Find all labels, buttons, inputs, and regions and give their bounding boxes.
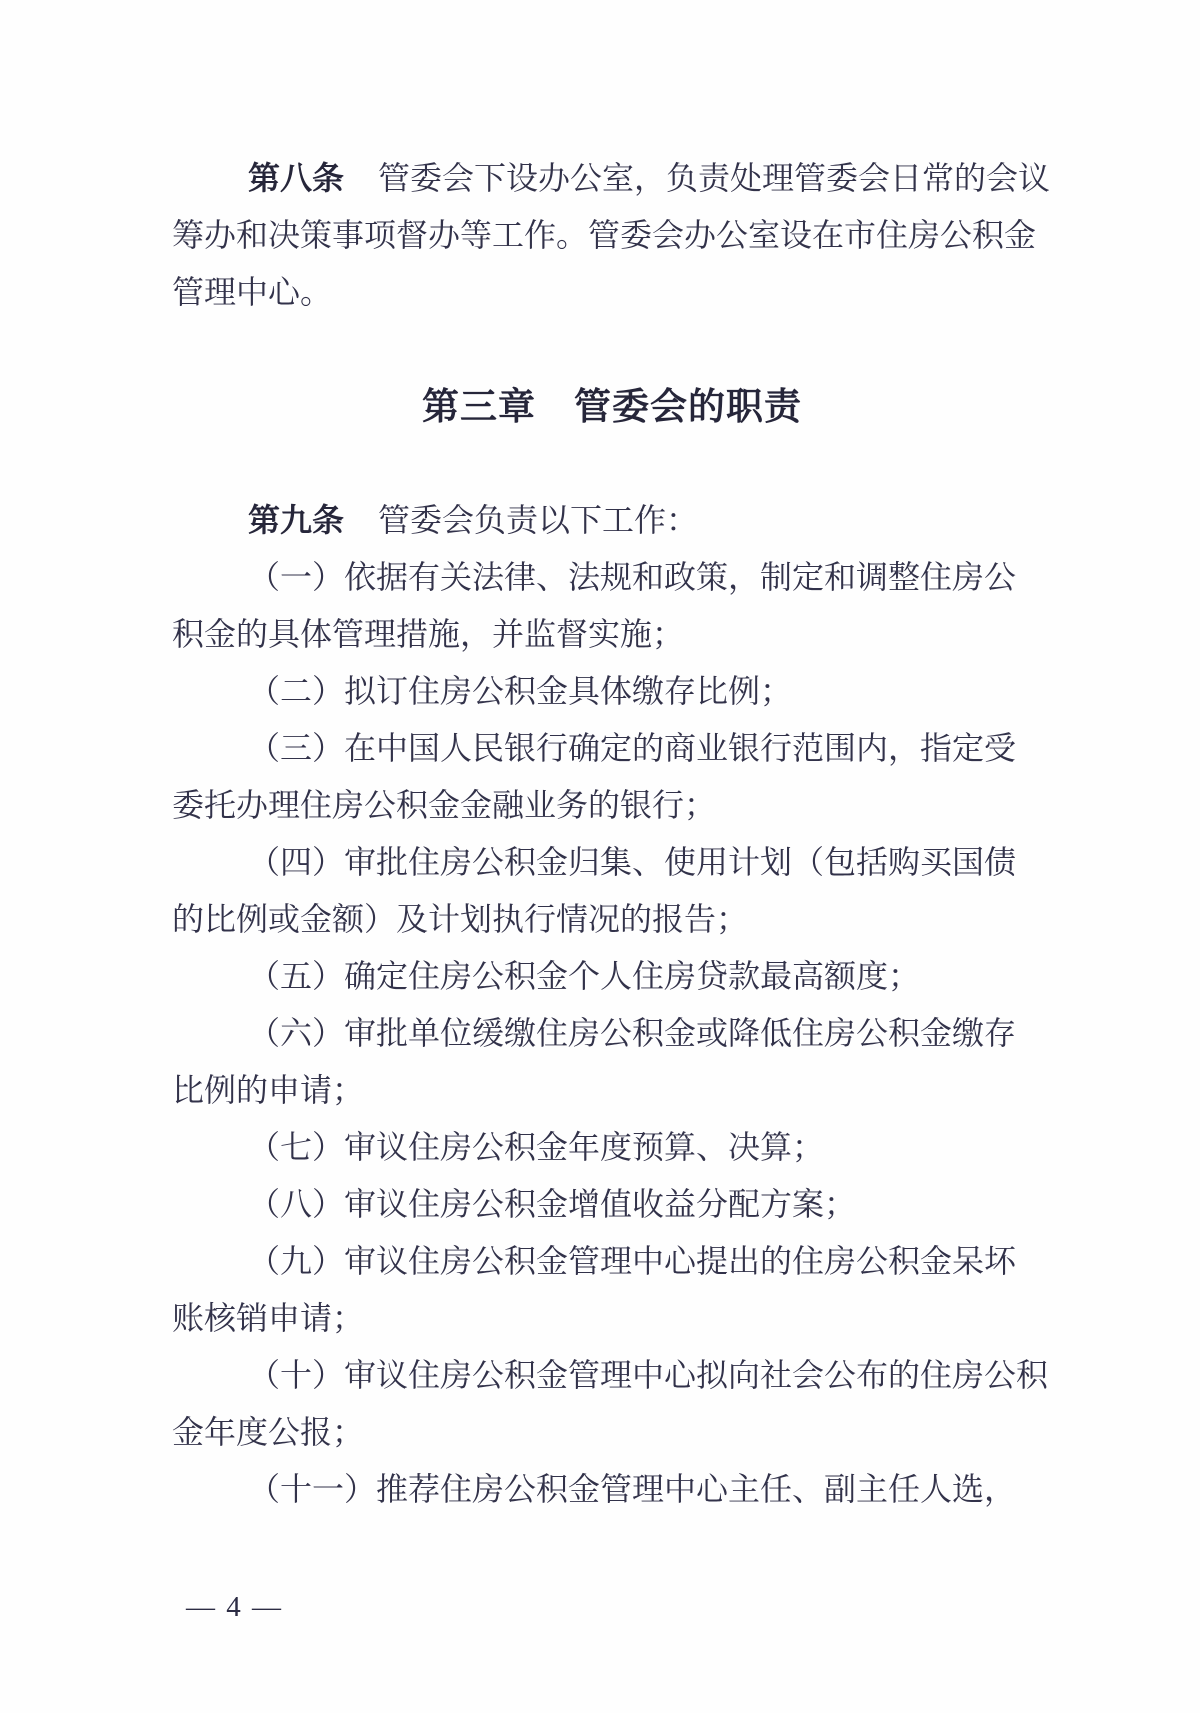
list-item-line: （十）审议住房公积金管理中心拟向社会公布的住房公积 — [172, 1347, 1052, 1404]
article-text: 管委会负责以下工作： — [378, 502, 698, 538]
continuation-line: 委托办理住房公积金金融业务的银行； — [172, 777, 1052, 834]
document-page: 第八条管委会下设办公室，负责处理管委会日常的会议筹办和决策事项督办等工作。管委会… — [0, 0, 1200, 1713]
continuation-line: 比例的申请； — [172, 1062, 1052, 1119]
page-number: — 4 — — [186, 1591, 283, 1624]
continuation-line: 筹办和决策事项督办等工作。管委会办公室设在市住房公积金 — [172, 207, 1052, 264]
article-text: 管委会下设办公室，负责处理管委会日常的会议 — [378, 160, 1050, 196]
document-body: 第八条管委会下设办公室，负责处理管委会日常的会议筹办和决策事项督办等工作。管委会… — [172, 150, 1052, 1518]
article-first-line: 第八条管委会下设办公室，负责处理管委会日常的会议 — [172, 150, 1052, 207]
article-number: 第九条 — [248, 502, 344, 538]
continuation-line: 积金的具体管理措施，并监督实施； — [172, 606, 1052, 663]
list-item-line: （二）拟订住房公积金具体缴存比例； — [172, 663, 1052, 720]
continuation-line: 管理中心。 — [172, 264, 1052, 321]
list-item-line: （五）确定住房公积金个人住房贷款最高额度； — [172, 948, 1052, 1005]
article-first-line: 第九条管委会负责以下工作： — [172, 492, 1052, 549]
continuation-line: 的比例或金额）及计划执行情况的报告； — [172, 891, 1052, 948]
chapter-heading: 第三章 管委会的职责 — [172, 378, 1052, 435]
list-item-line: （六）审批单位缓缴住房公积金或降低住房公积金缴存 — [172, 1005, 1052, 1062]
list-item-line: （八）审议住房公积金增值收益分配方案； — [172, 1176, 1052, 1233]
list-item-line: （九）审议住房公积金管理中心提出的住房公积金呆坏 — [172, 1233, 1052, 1290]
article-number: 第八条 — [248, 160, 344, 196]
continuation-line: 金年度公报； — [172, 1404, 1052, 1461]
list-item-line: （三）在中国人民银行确定的商业银行范围内，指定受 — [172, 720, 1052, 777]
list-item-line: （七）审议住房公积金年度预算、决算； — [172, 1119, 1052, 1176]
continuation-line: 账核销申请； — [172, 1290, 1052, 1347]
list-item-line: （十一）推荐住房公积金管理中心主任、副主任人选， — [172, 1461, 1052, 1518]
list-item-line: （一）依据有关法律、法规和政策，制定和调整住房公 — [172, 549, 1052, 606]
list-item-line: （四）审批住房公积金归集、使用计划（包括购买国债 — [172, 834, 1052, 891]
